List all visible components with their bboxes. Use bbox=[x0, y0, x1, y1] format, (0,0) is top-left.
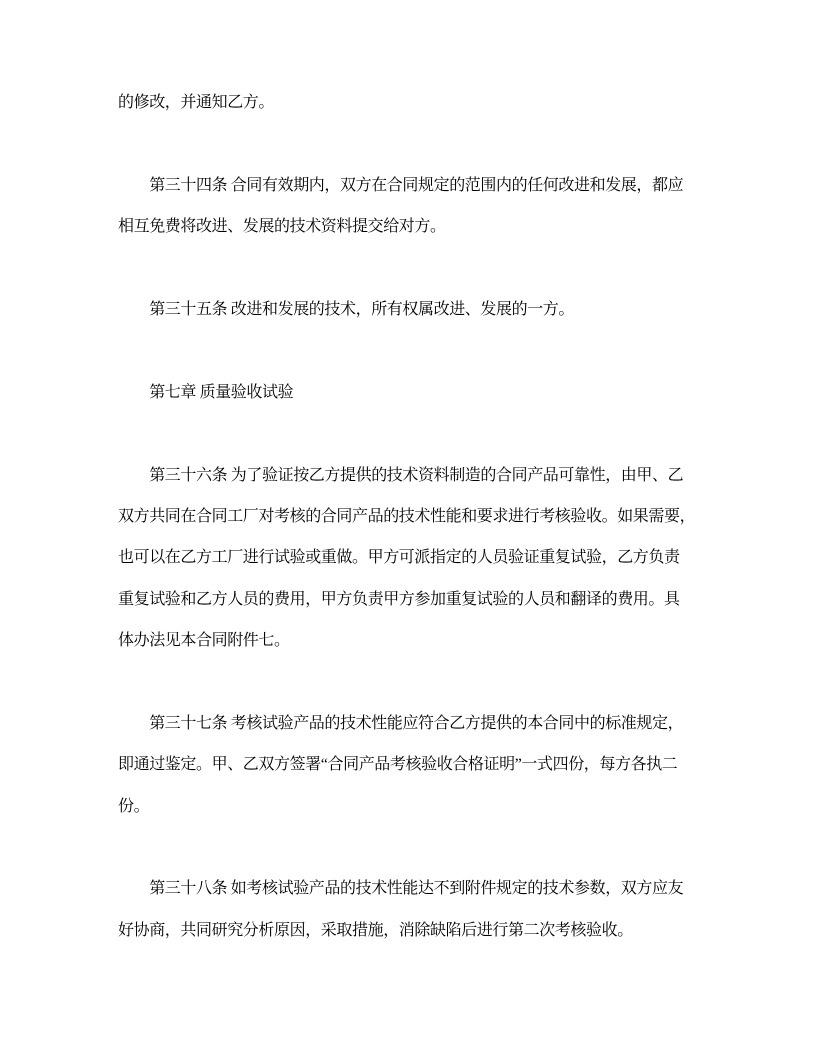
text-line: 重复试验和乙方人员的费用，甲方负责甲方参加重复试验的人员和翻译的费用。具 bbox=[118, 579, 700, 620]
text-line: 体办法见本合同附件七。 bbox=[118, 620, 700, 661]
text-line: 好协商，共同研究分析原因，采取措施，消除缺陷后进行第二次考核验收。 bbox=[118, 910, 700, 951]
text-line: 双方共同在合同工厂对考核的合同产品的技术性能和要求进行考核验收。如果需要， bbox=[118, 496, 700, 537]
text-line: 第三十四条 合同有效期内，双方在合同规定的范围内的任何改进和发展，都应 bbox=[118, 165, 700, 206]
clause-34-paragraph: 第三十四条 合同有效期内，双方在合同规定的范围内的任何改进和发展，都应 相互免费… bbox=[118, 165, 700, 248]
text-line: 即通过鉴定。甲、乙双方签署“合同产品考核验收合格证明”一式四份，每方各执二 bbox=[118, 744, 700, 785]
text-line: 份。 bbox=[118, 786, 700, 827]
text-line: 也可以在乙方工厂进行试验或重做。甲方可派指定的人员验证重复试验，乙方负责 bbox=[118, 537, 700, 578]
clause-38-paragraph: 第三十八条 如考核试验产品的技术性能达不到附件规定的技术参数，双方应友 好协商，… bbox=[118, 868, 700, 951]
text-line: 第三十七条 考核试验产品的技术性能应符合乙方提供的本合同中的标准规定， bbox=[118, 703, 700, 744]
text-line: 相互免费将改进、发展的技术资料提交给对方。 bbox=[118, 206, 700, 247]
text-line: 第七章 质量验收试验 bbox=[118, 372, 700, 413]
text-line: 第三十八条 如考核试验产品的技术性能达不到附件规定的技术参数，双方应友 bbox=[118, 868, 700, 909]
clause-37-paragraph: 第三十七条 考核试验产品的技术性能应符合乙方提供的本合同中的标准规定， 即通过鉴… bbox=[118, 703, 700, 827]
document-content: 的修改，并通知乙方。 第三十四条 合同有效期内，双方在合同规定的范围内的任何改进… bbox=[118, 82, 700, 993]
text-line: 第三十五条 改进和发展的技术，所有权属改进、发展的一方。 bbox=[118, 289, 700, 330]
clause-35-paragraph: 第三十五条 改进和发展的技术，所有权属改进、发展的一方。 bbox=[118, 289, 700, 330]
document-page: 的修改，并通知乙方。 第三十四条 合同有效期内，双方在合同规定的范围内的任何改进… bbox=[0, 0, 816, 1056]
paragraph-continuation: 的修改，并通知乙方。 bbox=[118, 82, 700, 123]
chapter-7-heading: 第七章 质量验收试验 bbox=[118, 372, 700, 413]
text-line: 的修改，并通知乙方。 bbox=[118, 82, 700, 123]
text-line: 第三十六条 为了验证按乙方提供的技术资料制造的合同产品可靠性，由甲、乙 bbox=[118, 455, 700, 496]
clause-36-paragraph: 第三十六条 为了验证按乙方提供的技术资料制造的合同产品可靠性，由甲、乙 双方共同… bbox=[118, 455, 700, 662]
